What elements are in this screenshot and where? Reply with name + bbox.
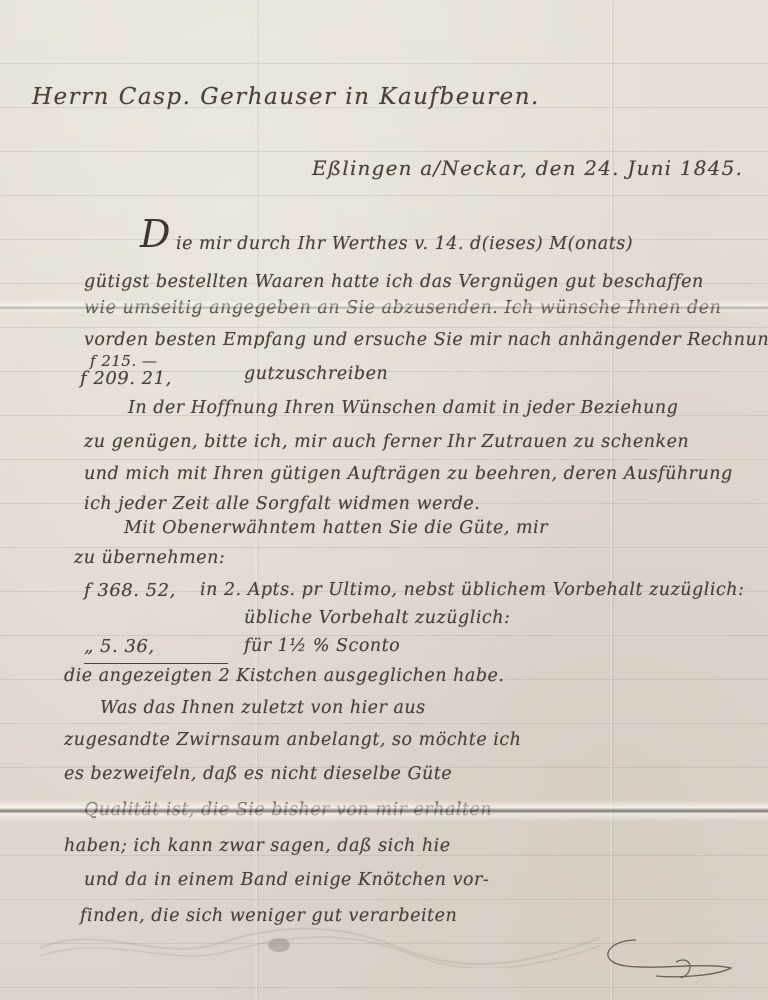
body-line: haben; ich kann zwar sagen, daß sich hie [64,836,451,856]
signature-flourish [596,932,746,982]
body-line: zu übernehmen: [74,548,225,568]
vertical-fold-line [610,0,614,1000]
sum-underline [84,663,228,664]
body-line: gutzuschreiben [244,364,388,384]
body-line: die angezeigten 2 Kistchen ausgeglichen … [64,666,504,686]
payment-amount: f 368. 52, [84,580,176,601]
body-line: vorden besten Empfang und ersuche Sie mi… [84,330,768,350]
recipient-address: Herrn Casp. Gerhauser in Kaufbeuren. [32,84,540,110]
body-line: ich jeder Zeit alle Sorgfalt widmen werd… [84,494,480,514]
date-line: Eßlingen a/Neckar, den 24. Juni 1845. [312,156,743,180]
invoice-total: f 209. 21, [80,368,172,389]
body-line: übliche Vorbehalt zuzüglich: [244,608,510,628]
body-line: es bezweifeln, daß es nicht dieselbe Güt… [64,764,452,784]
ink-stain [268,938,290,952]
body-line: wie umseitig angegeben an Sie abzusenden… [84,298,721,318]
body-line: zu genügen, bitte ich, mir auch ferner I… [84,432,689,452]
body-line: Mit Obenerwähntem hatten Sie die Güte, m… [124,518,548,538]
body-line: In der Hoffnung Ihren Wünschen damit in … [128,398,678,418]
decorative-initial: D [140,212,170,256]
body-line: und mich mit Ihren gütigen Aufträgen zu … [84,464,733,484]
body-line: Qualität ist, die Sie bisher von mir erh… [84,800,492,820]
body-line: zugesandte Zwirnsaum anbelangt, so möcht… [64,730,521,750]
body-line: ie mir durch Ihr Werthes v. 14. d(ieses)… [176,234,633,254]
letter-page: Herrn Casp. Gerhauser in Kaufbeuren. Eßl… [0,0,768,1000]
body-line: gütigst bestellten Waaren hatte ich das … [84,272,704,292]
body-line: und da in einem Band einige Knötchen vor… [84,870,489,890]
body-line: für 1½ % Sconto [244,636,400,656]
body-line: Was das Ihnen zuletzt von hier aus [100,698,426,718]
body-line: in 2. Apts. pr Ultimo, nebst üblichem Vo… [200,580,744,600]
discount-amount: „ 5. 36, [84,636,155,657]
embossed-watermark [40,918,600,968]
